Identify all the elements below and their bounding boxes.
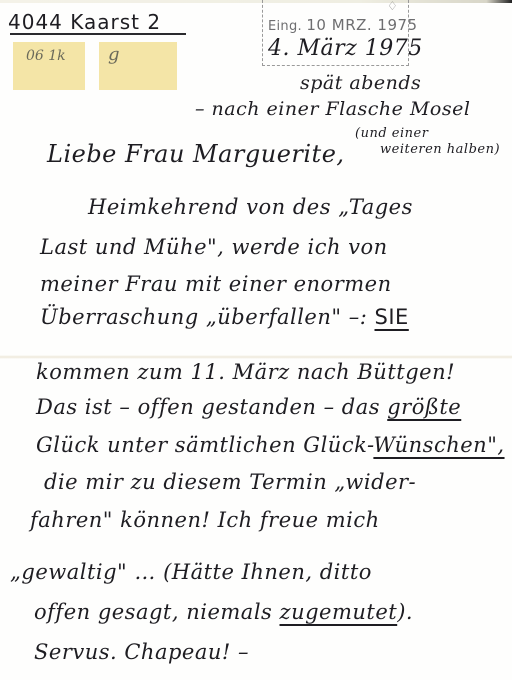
body-line-5: kommen zum 11. März nach Büttgen! — [36, 360, 455, 384]
time-note: spät abends — [300, 72, 421, 94]
emphasis-groesste: größte — [387, 395, 461, 419]
body-line-7: Glück unter sämtlichen Glück-Wünschen", — [36, 433, 505, 457]
archive-reference: 4044 Kaarst 2 — [8, 10, 161, 34]
letter-page: 4044 Kaarst 2 06 1k g ♢ Eing. 10 MRZ. 19… — [0, 0, 512, 680]
body-line-1: Heimkehrend von des „Tages — [88, 195, 413, 219]
aside-line-1: (und einer — [355, 126, 428, 141]
aside-line-2: weiteren halben) — [380, 142, 500, 157]
sticky-note-left-text: 06 1k — [26, 48, 66, 64]
archive-reference-underline — [10, 33, 186, 35]
stamp-ornament-icon: ♢ — [387, 0, 403, 12]
emphasis-zugemutet: zugemutet — [280, 600, 398, 624]
sign-off: Servus. Chapeau! – — [34, 640, 249, 664]
body-line-7-text: Glück unter sämtlichen Glück- — [36, 433, 373, 457]
receipt-stamp: Eing. 10 MRZ. 1975 — [268, 16, 418, 34]
emphasis-sie: SIE — [375, 305, 409, 329]
letter-date: 4. März 1975 — [268, 36, 423, 61]
body-line-10: „gewaltig" … (Hätte Ihnen, ditto — [10, 560, 372, 584]
emphasis-wuenschen: Wünschen", — [373, 433, 504, 457]
body-line-8: die mir zu diesem Termin „wider- — [44, 470, 416, 494]
body-line-6-text: Das ist – offen gestanden – das — [36, 395, 380, 419]
stamp-prefix: Eing. — [268, 19, 302, 34]
paper-fold-line — [0, 355, 512, 359]
sticky-note-right-text: g — [108, 44, 120, 65]
body-line-4-text: Überraschung „überfallen" –: — [40, 305, 367, 329]
body-line-11-text: offen gesagt, niemals — [34, 600, 272, 624]
salutation: Liebe Frau Marguerite, — [47, 140, 345, 168]
body-line-2: Last und Mühe", werde ich von — [40, 235, 388, 259]
body-line-6: Das ist – offen gestanden – das größte — [36, 395, 461, 419]
body-line-4: Überraschung „überfallen" –: SIE — [40, 305, 409, 329]
body-line-9: fahren" können! Ich freue mich — [30, 508, 380, 532]
body-line-11: offen gesagt, niemals zugemutet). — [34, 600, 413, 624]
body-line-3: meiner Frau mit einer enormen — [40, 272, 392, 296]
closing-paren: ). — [397, 600, 413, 624]
page-top-edge — [0, 0, 512, 3]
context-note: – nach einer Flasche Mosel — [195, 98, 470, 120]
stamp-date: 10 MRZ. 1975 — [306, 16, 417, 34]
